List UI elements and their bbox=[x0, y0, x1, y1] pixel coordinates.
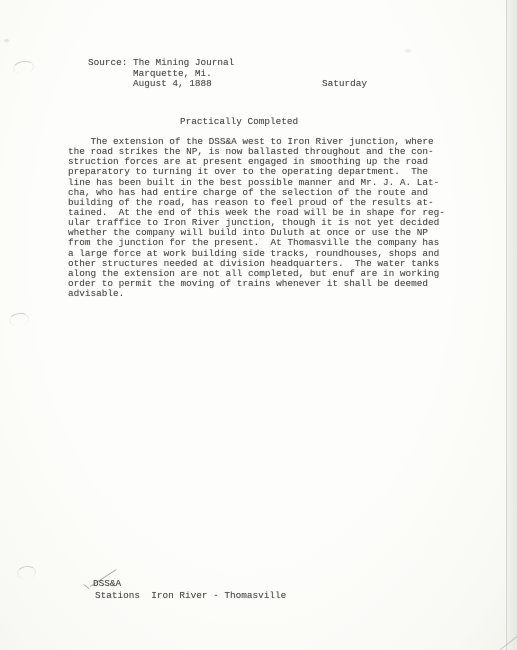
article-title: Practically Completed bbox=[180, 117, 298, 128]
day-of-week: Saturday bbox=[322, 79, 367, 90]
article-body: The extension of the DSS&A west to Iron … bbox=[68, 137, 445, 299]
publication-name: The Mining Journal bbox=[133, 58, 234, 69]
body-line: advisable. bbox=[68, 289, 445, 299]
source-label: Source: bbox=[88, 58, 127, 69]
publication-date: August 4, 1888 bbox=[133, 79, 212, 90]
page-edge bbox=[507, 0, 517, 650]
pencil-check-tick-icon bbox=[83, 584, 89, 589]
scan-smudge bbox=[4, 39, 9, 42]
document-page: Source: The Mining Journal Marquette, Mi… bbox=[0, 0, 507, 650]
body-line: order to permit the moving of trains whe… bbox=[68, 279, 445, 289]
stations-note: Stations Iron River - Thomasville bbox=[95, 591, 286, 602]
scan-smudge bbox=[405, 49, 411, 53]
binder-mark-icon bbox=[12, 59, 35, 75]
railroad-annotation: DSS&A bbox=[93, 579, 121, 590]
binder-mark-icon bbox=[8, 311, 30, 327]
binder-mark-icon bbox=[16, 565, 37, 581]
